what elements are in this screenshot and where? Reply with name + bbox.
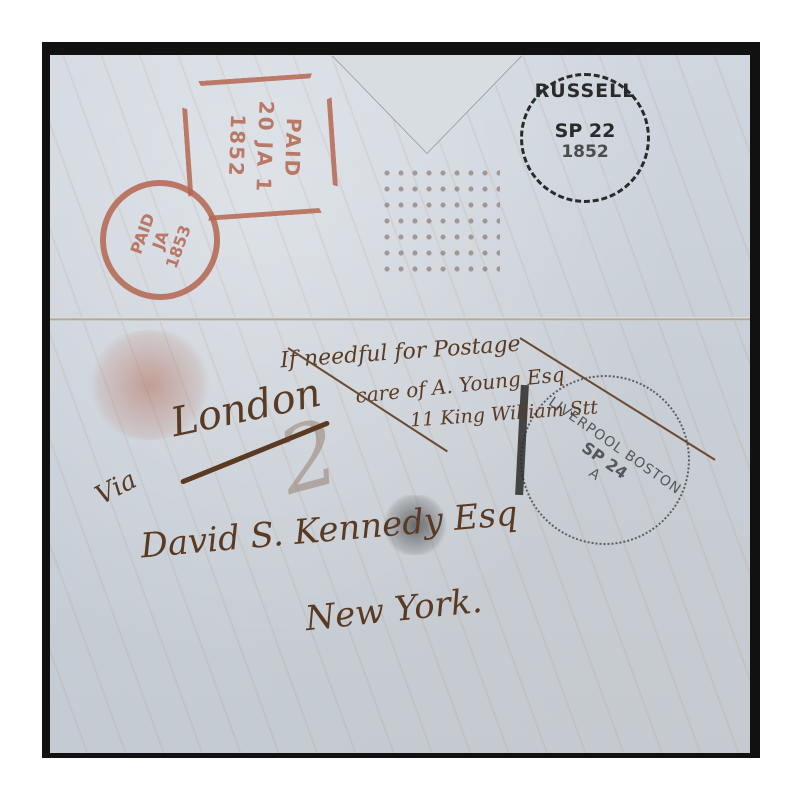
origin-circular-datestamp: RUSSELL SP 22 1852	[520, 73, 650, 203]
maltese-cross-text: PAID 20 JA 1 1852	[221, 91, 309, 204]
folded-letter: PAID 20 JA 1 1852 PAID JA 1853 RUSSELL S…	[50, 55, 750, 753]
flap-ink-smudges	[380, 165, 500, 275]
envelope-flap	[332, 55, 522, 153]
fold-line	[50, 317, 750, 321]
